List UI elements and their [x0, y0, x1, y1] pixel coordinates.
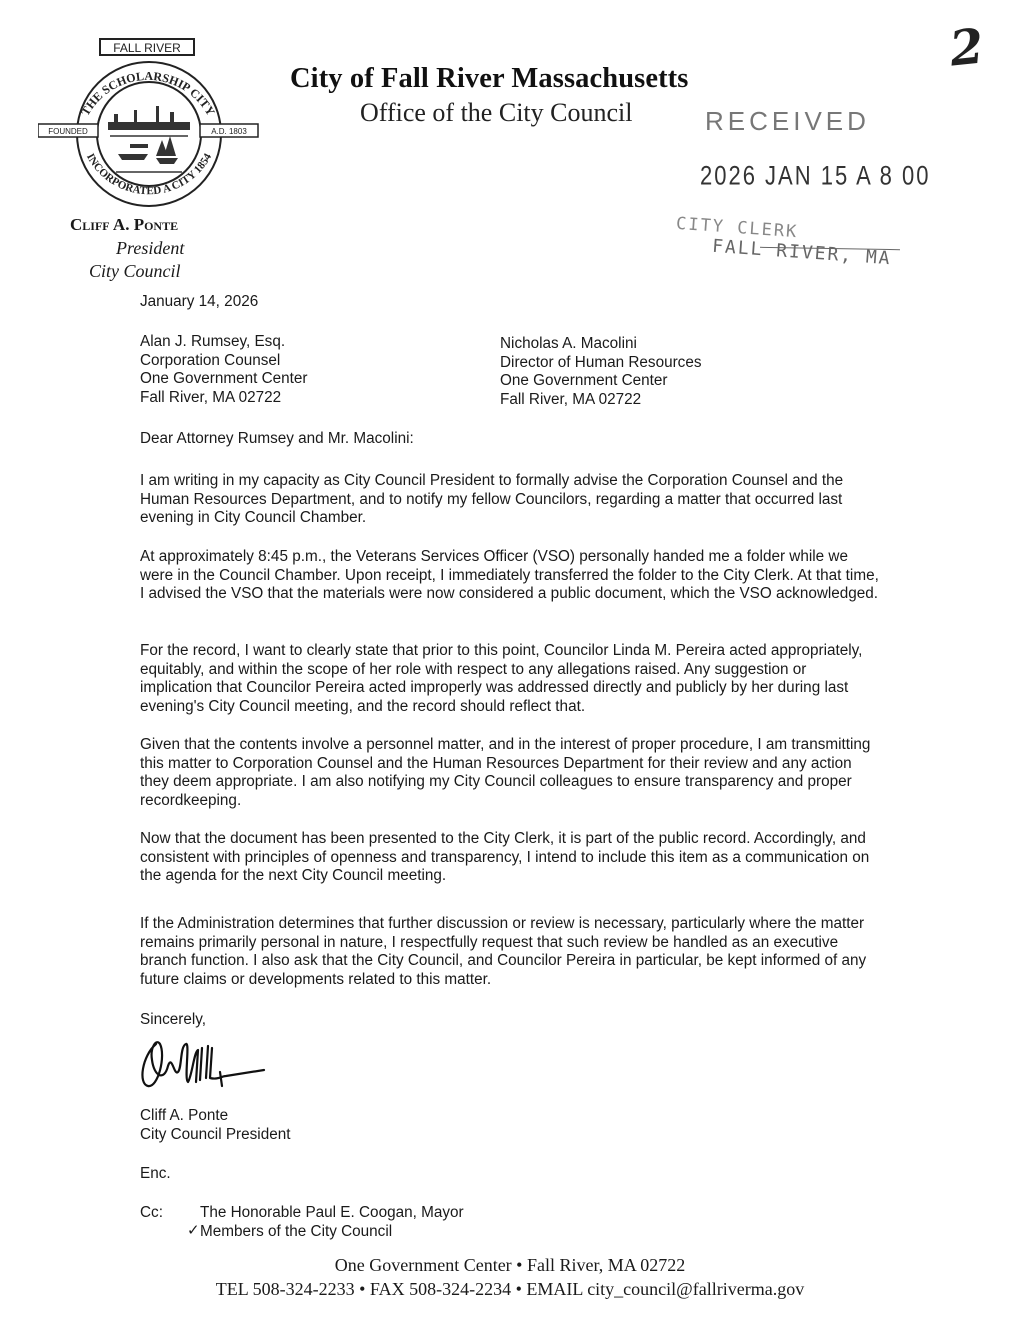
received-stamp-datetime: 2026 JAN 15 A 8 00 [700, 160, 931, 191]
svg-text:FOUNDED: FOUNDED [48, 127, 88, 136]
recipient-2-title: Director of Human Resources [500, 354, 820, 373]
body-paragraph: For the record, I want to clearly state … [140, 642, 880, 716]
svg-text:FALL RIVER: FALL RIVER [113, 41, 181, 55]
check-mark-icon: ✓ [187, 1222, 200, 1241]
cc-label: Cc: [140, 1204, 163, 1223]
recipient-2-name: Nicholas A. Macolini [500, 335, 820, 354]
signer-name: Cliff A. Ponte [140, 1107, 228, 1126]
recipient-2-street: One Government Center [500, 372, 820, 391]
enclosure-note: Enc. [140, 1165, 171, 1184]
city-seal-logo: FALL RIVER THE SCHOLARSHIP CITY INCORPOR… [38, 36, 260, 208]
body-paragraph: Given that the contents involve a person… [140, 736, 880, 810]
footer-address: One Government Center • Fall River, MA 0… [0, 1255, 1020, 1276]
letterhead-title: City of Fall River Massachusetts [290, 63, 688, 95]
handwritten-page-number: 2 [947, 18, 986, 77]
recipient-address-1: Alan J. Rumsey, Esq. Corporation Counsel… [140, 333, 460, 407]
closing: Sincerely, [140, 1011, 206, 1030]
sender-title: President [116, 238, 184, 259]
recipient-1-city: Fall River, MA 02722 [140, 389, 460, 408]
signer-title: City Council President [140, 1126, 290, 1145]
recipient-1-street: One Government Center [140, 370, 460, 389]
svg-text:A.D. 1803: A.D. 1803 [211, 127, 247, 136]
received-stamp-label: RECEIVED [705, 106, 870, 137]
cc-recipient: Members of the City Council [200, 1223, 464, 1242]
body-paragraph: Now that the document has been presented… [140, 830, 880, 886]
sender-org: City Council [89, 261, 181, 282]
body-paragraph: If the Administration determines that fu… [140, 915, 880, 989]
letter-date: January 14, 2026 [140, 293, 258, 312]
recipient-1-title: Corporation Counsel [140, 352, 460, 371]
footer-contact: TEL 508-324-2233 • FAX 508-324-2234 • EM… [0, 1279, 1020, 1300]
received-stamp-location: FALL RIVER, MA [711, 236, 892, 269]
recipient-1-name: Alan J. Rumsey, Esq. [140, 333, 460, 352]
sender-name: Cliff A. Ponte [70, 215, 178, 235]
letterhead-subtitle: Office of the City Council [360, 98, 632, 128]
cc-recipient: The Honorable Paul E. Coogan, Mayor [200, 1204, 464, 1223]
signature-image [138, 1036, 268, 1096]
body-paragraph: I am writing in my capacity as City Coun… [140, 472, 880, 528]
body-paragraph: At approximately 8:45 p.m., the Veterans… [140, 548, 880, 604]
recipient-2-city: Fall River, MA 02722 [500, 391, 820, 410]
salutation: Dear Attorney Rumsey and Mr. Macolini: [140, 430, 414, 449]
cc-list: The Honorable Paul E. Coogan, Mayor Memb… [200, 1204, 464, 1241]
recipient-address-2: Nicholas A. Macolini Director of Human R… [500, 335, 820, 409]
